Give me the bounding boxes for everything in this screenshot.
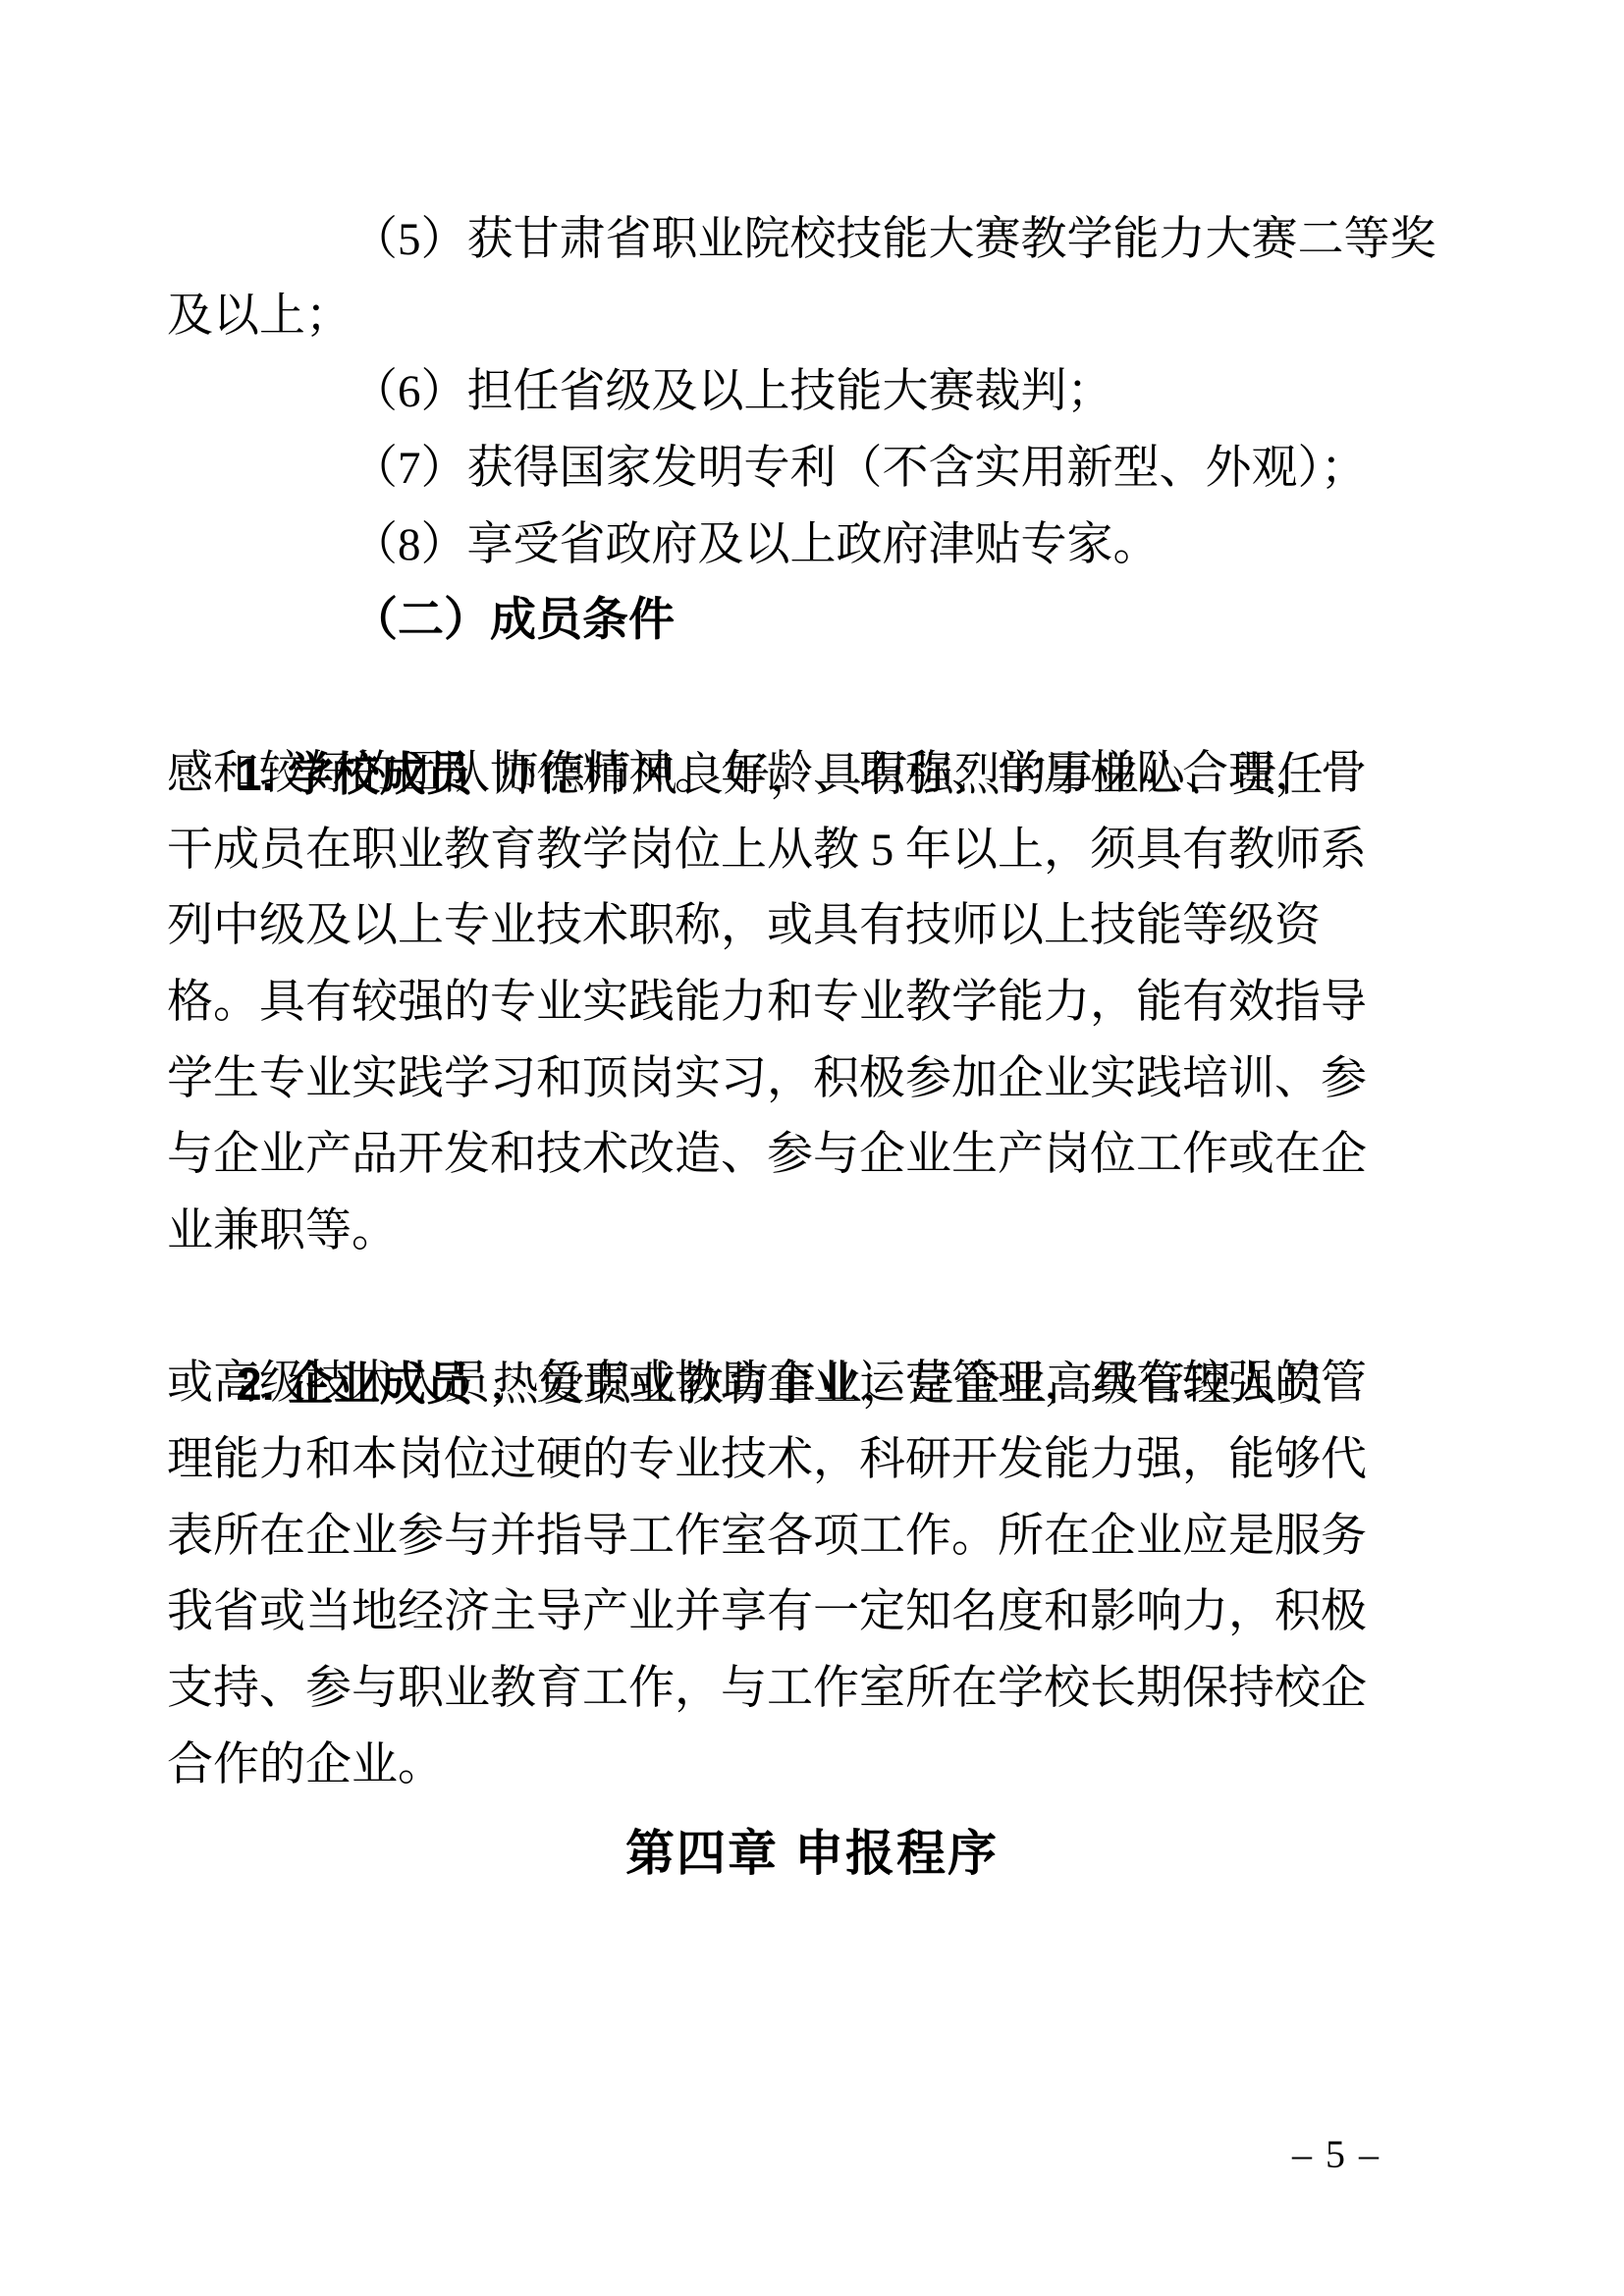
- chapter-heading: 第四章 申报程序: [0, 1815, 1624, 1892]
- doc-line: 格。具有较强的专业实践能力和专业教学能力，能有效指导: [167, 965, 1459, 1041]
- doc-line: 我省或当地经济主导产业并享有一定知名度和影响力，积极: [167, 1575, 1459, 1651]
- doc-line: （8）享受省政府及以上政府津贴专家。: [167, 507, 1459, 584]
- doc-line: 感和较好的团队协作精神。年龄、职称、学历梯队合理，骨: [167, 736, 1459, 813]
- doc-line: 干成员在职业教育教学岗位上从教 5 年以上，须具有教师系: [167, 813, 1459, 889]
- page-number: – 5 –: [1292, 2132, 1380, 2177]
- doc-line: 表所在企业参与并指导工作室各项工作。所在企业应是服务: [167, 1499, 1459, 1575]
- doc-line: 业兼职等。: [167, 1194, 1459, 1270]
- doc-line: 学生专业实践学习和顶岗实习，积极参加企业实践培训、参: [167, 1041, 1459, 1118]
- subsection-heading: （二）成员条件: [167, 583, 1459, 660]
- doc-line: 列中级及以上专业技术职称，或具有技师以上技能等级资: [167, 888, 1459, 965]
- document-page: （5）获甘肃省职业院校技能大赛教学能力大赛二等奖 及以上； （6）担任省级及以上…: [0, 0, 1624, 2296]
- doc-line: 或高级技术人员，负责或协助企业运营管理，具有较强的管: [167, 1346, 1459, 1422]
- document-body: （5）获甘肃省职业院校技能大赛教学能力大赛二等奖 及以上； （6）担任省级及以上…: [167, 202, 1459, 1803]
- doc-line: 理能力和本岗位过硬的专业技术，科研开发能力强，能够代: [167, 1422, 1459, 1499]
- doc-line: （7）获得国家发明专利（不含实用新型、外观）；: [167, 431, 1459, 507]
- doc-line: 及以上；: [167, 279, 1459, 355]
- doc-line: （6）担任省级及以上技能大赛裁判；: [167, 354, 1459, 431]
- doc-line: 合作的企业。: [167, 1728, 1459, 1804]
- doc-line: 2. 企业成员热爱职业教育事业，是企业高级管理人员: [167, 1270, 1459, 1347]
- doc-line: （5）获甘肃省职业院校技能大赛教学能力大赛二等奖: [167, 202, 1459, 279]
- doc-line: 与企业产品开发和技术改造、参与企业生产岗位工作或在企: [167, 1117, 1459, 1194]
- doc-line: 1. 学校成员师德师风良好，具有强烈的事业心、责任: [167, 660, 1459, 736]
- doc-line: 支持、参与职业教育工作，与工作室所在学校长期保持校企: [167, 1651, 1459, 1728]
